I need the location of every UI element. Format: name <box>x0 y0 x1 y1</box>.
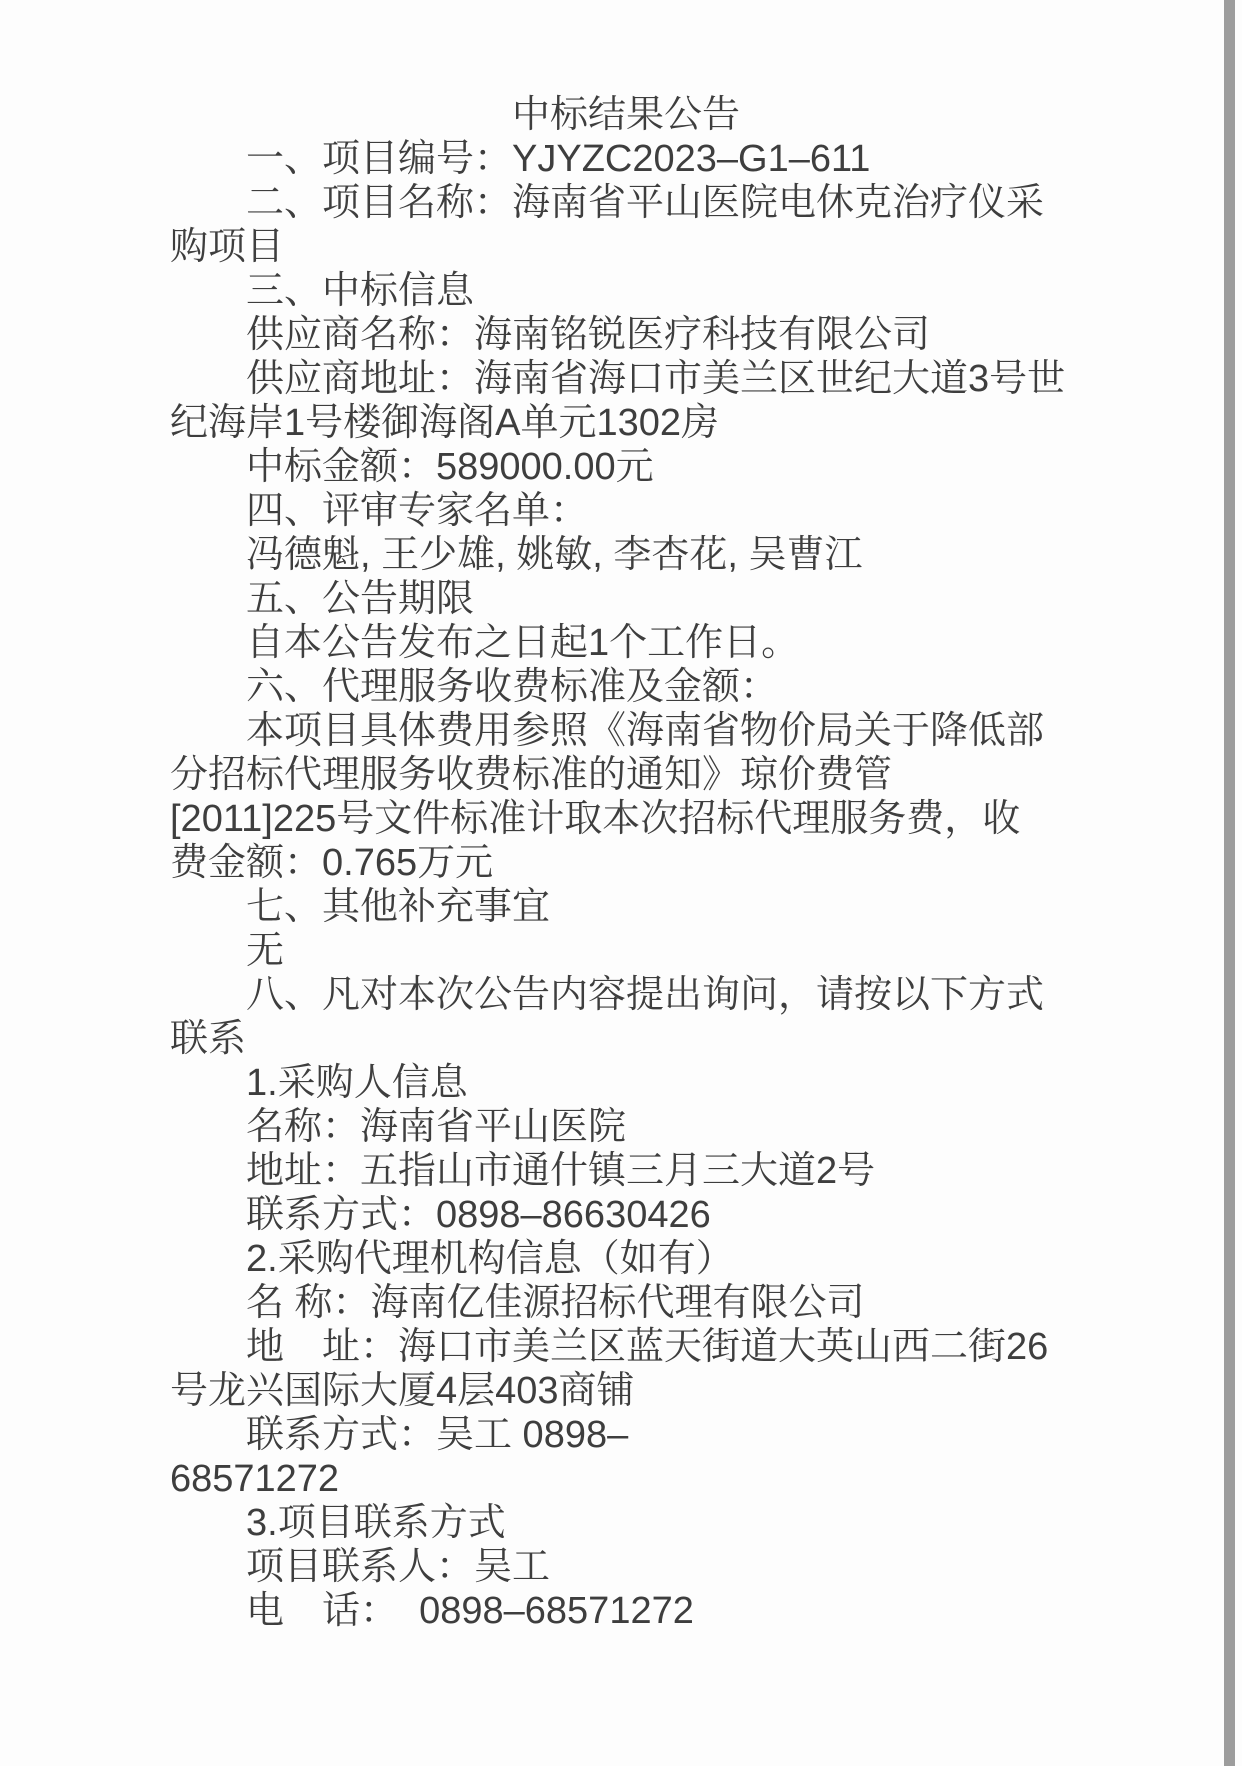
text-line: 分招标代理服务收费标准的通知》琼价费管 <box>170 753 1082 797</box>
text-line: 68571272 <box>170 1457 1082 1501</box>
text-line: 1.采购人信息 <box>170 1061 1082 1105</box>
text-line: 购项目 <box>170 225 1082 269</box>
text-line: 二、项目名称：海南省平山医院电休克治疗仪采 <box>170 181 1082 225</box>
text-line: 号龙兴国际大厦4层403商铺 <box>170 1369 1082 1413</box>
text-line: 联系 <box>170 1017 1082 1061</box>
text-line: 项目联系人：吴工 <box>170 1545 1082 1589</box>
text-line: 供应商名称：海南铭锐医疗科技有限公司 <box>170 313 1082 357</box>
text-line: 联系方式：0898–86630426 <box>170 1193 1082 1237</box>
text-line: 本项目具体费用参照《海南省物价局关于降低部 <box>170 709 1082 753</box>
text-line: 电 话： 0898–68571272 <box>170 1589 1082 1633</box>
text-line: 三、中标信息 <box>170 269 1082 313</box>
text-line: 无 <box>170 929 1082 973</box>
text-line: 自本公告发布之日起1个工作日。 <box>170 621 1082 665</box>
text-line: 3.项目联系方式 <box>170 1501 1082 1545</box>
text-line: 名 称：海南亿佳源招标代理有限公司 <box>170 1281 1082 1325</box>
text-line: 供应商地址：海南省海口市美兰区世纪大道3号世 <box>170 357 1082 401</box>
scrollbar-thumb[interactable] <box>1224 0 1235 1766</box>
text-line: 地址：五指山市通什镇三月三大道2号 <box>170 1149 1082 1193</box>
document-body: 中标结果公告一、项目编号：YJYZC2023–G1–611二、项目名称：海南省平… <box>170 93 1082 1633</box>
text-line: 一、项目编号：YJYZC2023–G1–611 <box>170 137 1082 181</box>
text-line: 八、凡对本次公告内容提出询问，请按以下方式 <box>170 973 1082 1017</box>
text-line: 纪海岸1号楼御海阁A单元1302房 <box>170 401 1082 445</box>
text-line: 联系方式：吴工 0898– <box>170 1413 1082 1457</box>
text-line: 名称：海南省平山医院 <box>170 1105 1082 1149</box>
text-line: 五、公告期限 <box>170 577 1082 621</box>
text-line: [2011]225号文件标准计取本次招标代理服务费，收 <box>170 797 1082 841</box>
text-line: 四、评审专家名单： <box>170 489 1082 533</box>
text-line: 六、代理服务收费标准及金额： <box>170 665 1082 709</box>
text-line: 冯德魁, 王少雄, 姚敏, 李杏花, 吴曹江 <box>170 533 1082 577</box>
document-title: 中标结果公告 <box>170 93 1082 137</box>
text-line: 费金额：0.765万元 <box>170 841 1082 885</box>
text-line: 中标金额：589000.00元 <box>170 445 1082 489</box>
text-line: 地 址：海口市美兰区蓝天街道大英山西二街26 <box>170 1325 1082 1369</box>
text-line: 七、其他补充事宜 <box>170 885 1082 929</box>
text-line: 2.采购代理机构信息（如有） <box>170 1237 1082 1281</box>
